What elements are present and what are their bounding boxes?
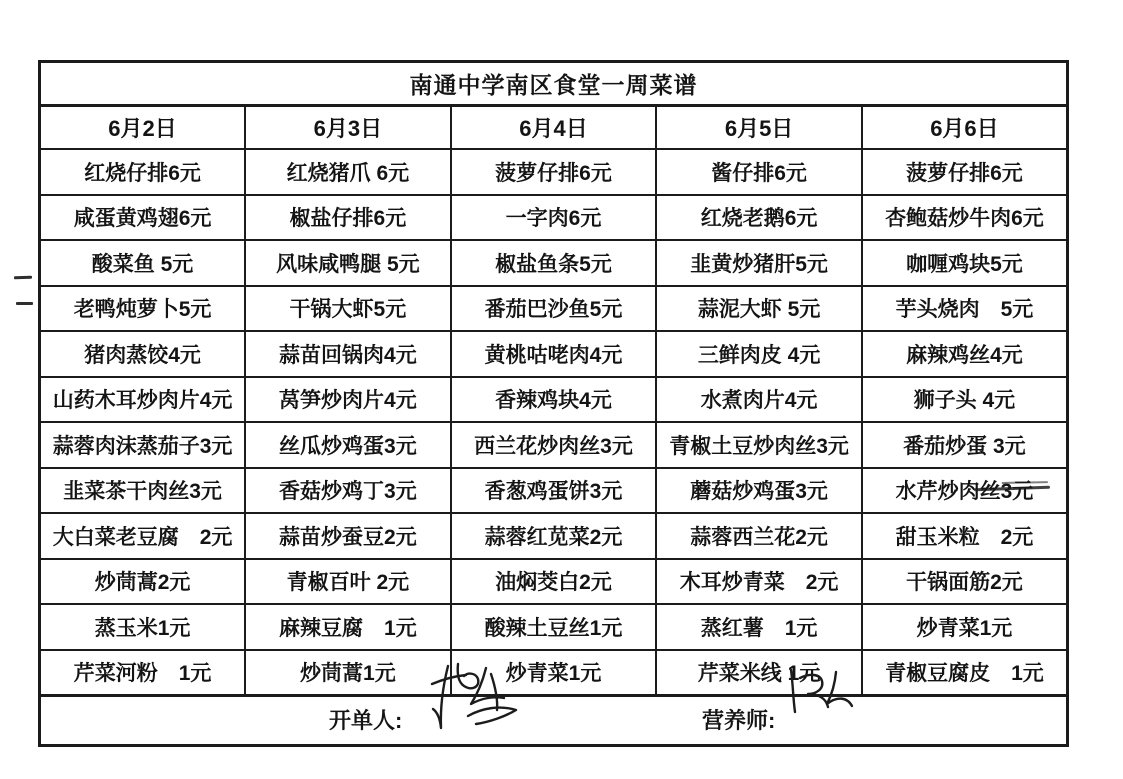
- dish-row: 老鸭炖萝卜5元干锅大虾5元番茄巴沙鱼5元蒜泥大虾 5元芋头烧肉 5元: [40, 286, 1068, 332]
- menu-item-cell: 猪肉蒸饺4元: [40, 331, 246, 377]
- menu-item-cell: 红烧猪爪 6元: [245, 149, 451, 195]
- menu-item-cell: 酸菜鱼 5元: [40, 240, 246, 286]
- menu-item-cell: 蒜苗回锅肉4元: [245, 331, 451, 377]
- menu-item-cell: 油焖茭白2元: [451, 559, 657, 605]
- menu-item-cell: 香辣鸡块4元: [451, 377, 657, 423]
- menu-item-cell: 香菇炒鸡丁3元: [245, 468, 451, 514]
- menu-item-cell: 炒茼蒿1元: [245, 650, 451, 696]
- menu-item-cell: 干锅大虾5元: [245, 286, 451, 332]
- menu-item-cell: 香葱鸡蛋饼3元: [451, 468, 657, 514]
- weekly-menu-table: 南通中学南区食堂一周菜谱 6月2日 6月3日 6月4日 6月5日 6月6日 红烧…: [38, 60, 1069, 747]
- dish-row: 猪肉蒸饺4元蒜苗回锅肉4元黄桃咕咾肉4元三鲜肉皮 4元麻辣鸡丝4元: [40, 331, 1068, 377]
- menu-item-cell: 番茄巴沙鱼5元: [451, 286, 657, 332]
- menu-item-cell: 红烧仔排6元: [40, 149, 246, 195]
- signature-row: 开单人: 营养师:: [40, 696, 1068, 746]
- menu-item-cell: 杏鲍菇炒牛肉6元: [862, 195, 1068, 241]
- menu-item-cell: 芹菜河粉 1元: [40, 650, 246, 696]
- dish-row: 酸菜鱼 5元风味咸鸭腿 5元椒盐鱼条5元韭黄炒猪肝5元咖喱鸡块5元: [40, 240, 1068, 286]
- menu-item-cell: 韭黄炒猪肝5元: [656, 240, 862, 286]
- menu-item-cell: 大白菜老豆腐 2元: [40, 513, 246, 559]
- menu-item-cell: 甜玉米粒 2元: [862, 513, 1068, 559]
- dish-row: 炒茼蒿2元青椒百叶 2元油焖茭白2元木耳炒青菜 2元干锅面筋2元: [40, 559, 1068, 605]
- date-header-cell: 6月4日: [451, 106, 657, 150]
- signature-cell: 开单人: 营养师:: [40, 696, 1068, 746]
- menu-item-cell: 酱仔排6元: [656, 149, 862, 195]
- scanned-menu-page: 南通中学南区食堂一周菜谱 6月2日 6月3日 6月4日 6月5日 6月6日 红烧…: [0, 0, 1123, 779]
- menu-item-cell: 椒盐仔排6元: [245, 195, 451, 241]
- menu-item-cell: 黄桃咕咾肉4元: [451, 331, 657, 377]
- menu-item-cell: 山药木耳炒肉片4元: [40, 377, 246, 423]
- dish-row: 芹菜河粉 1元炒茼蒿1元炒青菜1元芹菜米线 1元青椒豆腐皮 1元: [40, 650, 1068, 696]
- menu-item-cell: 咸蛋黄鸡翅6元: [40, 195, 246, 241]
- menu-item-cell: 炒青菜1元: [451, 650, 657, 696]
- dish-row: 山药木耳炒肉片4元莴笋炒肉片4元香辣鸡块4元水煮肉片4元狮子头 4元: [40, 377, 1068, 423]
- date-header-cell: 6月3日: [245, 106, 451, 150]
- menu-item-cell: 三鲜肉皮 4元: [656, 331, 862, 377]
- menu-item-cell: 干锅面筋2元: [862, 559, 1068, 605]
- menu-item-cell: 蒜蓉肉沫蒸茄子3元: [40, 422, 246, 468]
- menu-item-cell: 青椒豆腐皮 1元: [862, 650, 1068, 696]
- dish-row: 蒸玉米1元麻辣豆腐 1元酸辣土豆丝1元蒸红薯 1元炒青菜1元: [40, 604, 1068, 650]
- scan-artifact-mark: [16, 302, 33, 305]
- menu-item-cell: 菠萝仔排6元: [451, 149, 657, 195]
- menu-item-cell: 青椒土豆炒肉丝3元: [656, 422, 862, 468]
- menu-item-cell: 木耳炒青菜 2元: [656, 559, 862, 605]
- menu-item-cell: 蒸玉米1元: [40, 604, 246, 650]
- menu-item-cell: 蘑菇炒鸡蛋3元: [656, 468, 862, 514]
- menu-item-cell: 椒盐鱼条5元: [451, 240, 657, 286]
- menu-item-cell: 咖喱鸡块5元: [862, 240, 1068, 286]
- menu-item-cell: 水煮肉片4元: [656, 377, 862, 423]
- menu-item-cell: 菠萝仔排6元: [862, 149, 1068, 195]
- date-header-cell: 6月6日: [862, 106, 1068, 150]
- date-header-cell: 6月2日: [40, 106, 246, 150]
- dish-row: 韭菜茶干肉丝3元香菇炒鸡丁3元香葱鸡蛋饼3元蘑菇炒鸡蛋3元水芹炒肉丝3元: [40, 468, 1068, 514]
- menu-item-cell: 狮子头 4元: [862, 377, 1068, 423]
- menu-item-cell: 酸辣土豆丝1元: [451, 604, 657, 650]
- dish-row: 咸蛋黄鸡翅6元椒盐仔排6元一字肉6元红烧老鹅6元杏鲍菇炒牛肉6元: [40, 195, 1068, 241]
- menu-item-cell: 一字肉6元: [451, 195, 657, 241]
- menu-item-cell: 麻辣豆腐 1元: [245, 604, 451, 650]
- menu-item-cell: 韭菜茶干肉丝3元: [40, 468, 246, 514]
- dish-row: 红烧仔排6元红烧猪爪 6元菠萝仔排6元酱仔排6元菠萝仔排6元: [40, 149, 1068, 195]
- menu-item-cell: 番茄炒蛋 3元: [862, 422, 1068, 468]
- menu-item-cell: 青椒百叶 2元: [245, 559, 451, 605]
- date-header-cell: 6月5日: [656, 106, 862, 150]
- issuer-label: 开单人:: [329, 697, 402, 744]
- menu-item-cell: 炒茼蒿2元: [40, 559, 246, 605]
- scan-artifact-mark: [14, 276, 32, 280]
- dish-row: 蒜蓉肉沫蒸茄子3元丝瓜炒鸡蛋3元西兰花炒肉丝3元青椒土豆炒肉丝3元番茄炒蛋 3元: [40, 422, 1068, 468]
- menu-item-cell: 蒜蓉红苋菜2元: [451, 513, 657, 559]
- menu-item-cell: 风味咸鸭腿 5元: [245, 240, 451, 286]
- menu-item-cell: 蒸红薯 1元: [656, 604, 862, 650]
- menu-item-cell: 西兰花炒肉丝3元: [451, 422, 657, 468]
- menu-item-cell: 莴笋炒肉片4元: [245, 377, 451, 423]
- menu-item-cell: 老鸭炖萝卜5元: [40, 286, 246, 332]
- dish-row: 大白菜老豆腐 2元蒜苗炒蚕豆2元蒜蓉红苋菜2元蒜蓉西兰花2元甜玉米粒 2元: [40, 513, 1068, 559]
- page-title: 南通中学南区食堂一周菜谱: [40, 62, 1068, 106]
- menu-item-cell: 芋头烧肉 5元: [862, 286, 1068, 332]
- menu-item-cell: 水芹炒肉丝3元: [862, 468, 1068, 514]
- dietitian-label: 营养师:: [702, 697, 775, 744]
- menu-item-cell: 蒜蓉西兰花2元: [656, 513, 862, 559]
- menu-item-cell: 蒜泥大虾 5元: [656, 286, 862, 332]
- menu-item-cell: 炒青菜1元: [862, 604, 1068, 650]
- title-row: 南通中学南区食堂一周菜谱: [40, 62, 1068, 106]
- date-header-row: 6月2日 6月3日 6月4日 6月5日 6月6日: [40, 106, 1068, 150]
- menu-item-cell: 丝瓜炒鸡蛋3元: [245, 422, 451, 468]
- menu-item-cell: 红烧老鹅6元: [656, 195, 862, 241]
- menu-item-cell: 芹菜米线 1元: [656, 650, 862, 696]
- menu-item-cell: 麻辣鸡丝4元: [862, 331, 1068, 377]
- menu-item-cell: 蒜苗炒蚕豆2元: [245, 513, 451, 559]
- pen-strikethrough-mark: [974, 485, 1050, 491]
